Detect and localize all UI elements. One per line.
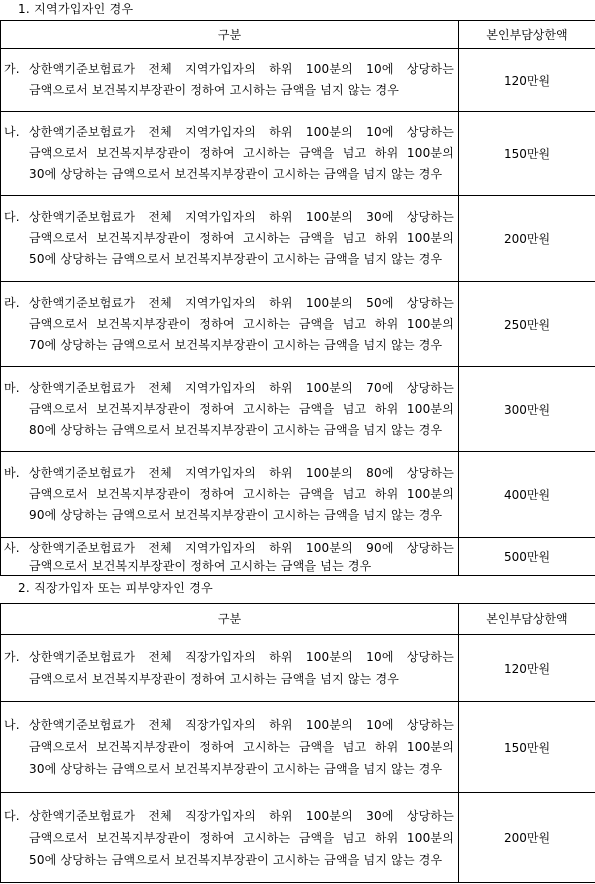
row-amount: 200만원	[459, 196, 595, 282]
row-description: 가.상한액기준보험료가 전체 지역가입자의 하위 100분의 10에 상당하는 …	[1, 49, 459, 112]
row-amount: 300만원	[459, 367, 595, 452]
row-prefix: 라.	[4, 293, 29, 314]
row-amount: 250만원	[459, 282, 595, 367]
row-amount: 500만원	[459, 538, 595, 576]
header-limit: 본인부담상한액	[459, 604, 595, 635]
row-prefix: 사.	[4, 539, 29, 557]
table-row: 라.상한액기준보험료가 전체 지역가입자의 하위 100분의 50에 상당하는 …	[1, 282, 595, 367]
row-description: 다.상한액기준보험료가 전체 직장가입자의 하위 100분의 30에 상당하는 …	[1, 793, 459, 883]
row-prefix: 가.	[4, 646, 29, 668]
regional-subscriber-table: 구분 본인부담상한액 가.상한액기준보험료가 전체 지역가입자의 하위 100분…	[0, 20, 595, 576]
row-prefix: 마.	[4, 378, 29, 399]
table-row: 바.상한액기준보험료가 전체 지역가입자의 하위 100분의 80에 상당하는 …	[1, 452, 595, 538]
row-text: 상한액기준보험료가 전체 지역가입자의 하위 100분의 30에 상당하는 금액…	[29, 210, 454, 266]
row-prefix: 나.	[4, 714, 29, 736]
table-row: 나.상한액기준보험료가 전체 직장가입자의 하위 100분의 10에 상당하는 …	[1, 702, 595, 793]
row-text: 상한액기준보험료가 전체 지역가입자의 하위 100분의 10에 상당하는 금액…	[29, 125, 454, 181]
row-text: 상한액기준보험료가 전체 직장가입자의 하위 100분의 10에 상당하는 금액…	[29, 718, 454, 776]
row-amount: 200만원	[459, 793, 595, 883]
row-prefix: 가.	[4, 59, 29, 80]
row-text: 상한액기준보험료가 전체 지역가입자의 하위 100분의 10에 상당하는 금액…	[29, 62, 454, 97]
row-prefix: 나.	[4, 122, 29, 143]
row-amount: 120만원	[459, 635, 595, 702]
row-amount: 150만원	[459, 112, 595, 196]
table-row: 사.상한액기준보험료가 전체 지역가입자의 하위 100분의 90에 상당하는 …	[1, 538, 595, 576]
row-description: 마.상한액기준보험료가 전체 지역가입자의 하위 100분의 70에 상당하는 …	[1, 367, 459, 452]
row-amount: 150만원	[459, 702, 595, 793]
row-text: 상한액기준보험료가 전체 지역가입자의 하위 100분의 70에 상당하는 금액…	[29, 381, 454, 437]
header-category: 구분	[1, 604, 459, 635]
row-text: 상한액기준보험료가 전체 직장가입자의 하위 100분의 10에 상당하는 금액…	[29, 650, 454, 686]
row-description: 나.상한액기준보험료가 전체 직장가입자의 하위 100분의 10에 상당하는 …	[1, 702, 459, 793]
row-text: 상한액기준보험료가 전체 지역가입자의 하위 100분의 90에 상당하는 금액…	[29, 541, 454, 573]
table-header-row: 구분 본인부담상한액	[1, 604, 595, 635]
table-row: 다.상한액기준보험료가 전체 지역가입자의 하위 100분의 30에 상당하는 …	[1, 196, 595, 282]
row-description: 다.상한액기준보험료가 전체 지역가입자의 하위 100분의 30에 상당하는 …	[1, 196, 459, 282]
table-row: 가.상한액기준보험료가 전체 직장가입자의 하위 100분의 10에 상당하는 …	[1, 635, 595, 702]
row-description: 라.상한액기준보험료가 전체 지역가입자의 하위 100분의 50에 상당하는 …	[1, 282, 459, 367]
row-text: 상한액기준보험료가 전체 지역가입자의 하위 100분의 80에 상당하는 금액…	[29, 466, 454, 522]
row-amount: 400만원	[459, 452, 595, 538]
row-description: 나.상한액기준보험료가 전체 지역가입자의 하위 100분의 10에 상당하는 …	[1, 112, 459, 196]
header-category: 구분	[1, 21, 459, 49]
section-2-title: 2. 직장가입자 또는 피부양자인 경우	[18, 579, 213, 597]
row-prefix: 다.	[4, 805, 29, 827]
section-1-title: 1. 지역가입자인 경우	[18, 0, 133, 18]
row-description: 가.상한액기준보험료가 전체 직장가입자의 하위 100분의 10에 상당하는 …	[1, 635, 459, 702]
row-description: 사.상한액기준보험료가 전체 지역가입자의 하위 100분의 90에 상당하는 …	[1, 538, 459, 576]
row-amount: 120만원	[459, 49, 595, 112]
employee-subscriber-table: 구분 본인부담상한액 가.상한액기준보험료가 전체 직장가입자의 하위 100분…	[0, 603, 595, 883]
table-row: 가.상한액기준보험료가 전체 지역가입자의 하위 100분의 10에 상당하는 …	[1, 49, 595, 112]
table-header-row: 구분 본인부담상한액	[1, 21, 595, 49]
row-description: 바.상한액기준보험료가 전체 지역가입자의 하위 100분의 80에 상당하는 …	[1, 452, 459, 538]
table-row: 마.상한액기준보험료가 전체 지역가입자의 하위 100분의 70에 상당하는 …	[1, 367, 595, 452]
table-row: 다.상한액기준보험료가 전체 직장가입자의 하위 100분의 30에 상당하는 …	[1, 793, 595, 883]
row-prefix: 바.	[4, 463, 29, 484]
row-text: 상한액기준보험료가 전체 직장가입자의 하위 100분의 30에 상당하는 금액…	[29, 809, 454, 867]
header-limit: 본인부담상한액	[459, 21, 595, 49]
row-text: 상한액기준보험료가 전체 지역가입자의 하위 100분의 50에 상당하는 금액…	[29, 296, 454, 352]
table-row: 나.상한액기준보험료가 전체 지역가입자의 하위 100분의 10에 상당하는 …	[1, 112, 595, 196]
row-prefix: 다.	[4, 207, 29, 228]
